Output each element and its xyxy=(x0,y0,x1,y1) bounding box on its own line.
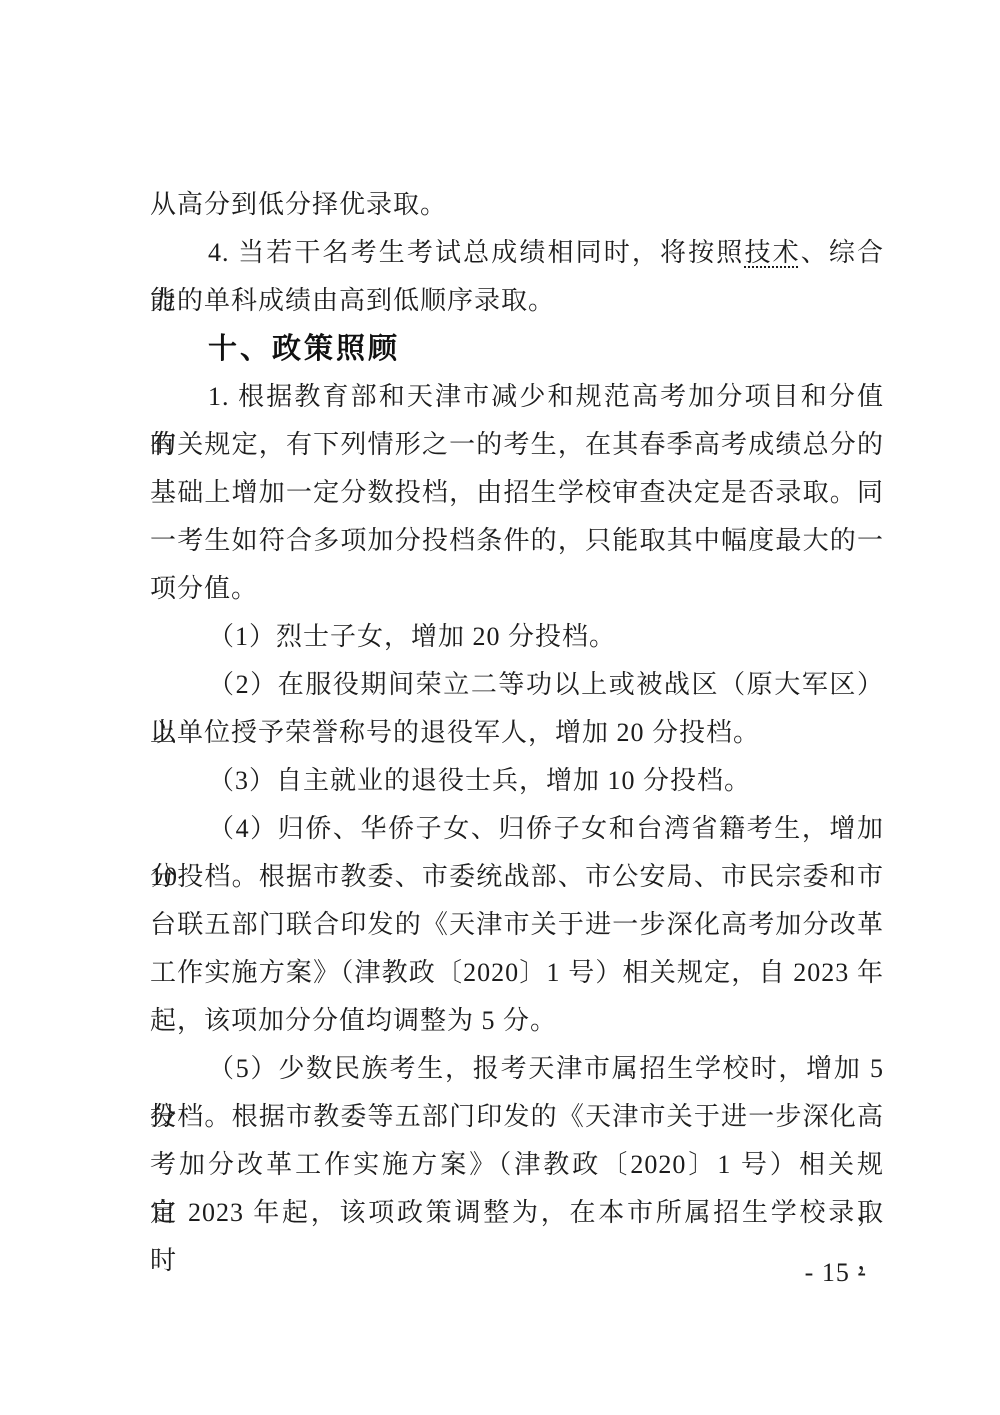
text-line: 一考生如符合多项加分投档条件的，只能取其中幅度最大的一 xyxy=(150,517,884,565)
text-line: 上单位授予荣誉称号的退役军人，增加 20 分投档。 xyxy=(150,709,884,757)
text-line: 基础上增加一定分数投档，由招生学校审查决定是否录取。同 xyxy=(150,469,884,517)
text-line: 台联五部门联合印发的《天津市关于进一步深化高考加分改革 xyxy=(150,901,884,949)
text-line: 自 2023 年起，该项政策调整为，在本市所属招生学校录取时， xyxy=(150,1189,884,1237)
text-line: （4）归侨、华侨子女、归侨子女和台湾省籍考生，增加 10 xyxy=(150,805,884,853)
section-heading: 十、政策照顾 xyxy=(150,325,884,373)
text-line: （3）自主就业的退役士兵，增加 10 分投档。 xyxy=(150,757,884,805)
text-line: 力的单科成绩由高到低顺序录取。 xyxy=(150,277,884,325)
document-page: 从高分到低分择优录取。 4. 当若干名考生考试总成绩相同时，将按照技术、综合能 … xyxy=(0,0,1000,1415)
text-line: 项分值。 xyxy=(150,565,884,613)
text-line: 1. 根据教育部和天津市减少和规范高考加分项目和分值的 xyxy=(150,373,884,421)
text-line: 分投档。根据市教委、市委统战部、市公安局、市民宗委和市 xyxy=(150,853,884,901)
text-line: 投档。根据市教委等五部门印发的《天津市关于进一步深化高 xyxy=(150,1093,884,1141)
text-line: 起，该项加分分值均调整为 5 分。 xyxy=(150,997,884,1045)
text-segment: 4. 当若干名考生考试总成绩相同时，将按照 xyxy=(208,238,744,267)
text-line: （2）在服役期间荣立二等功以上或被战区（原大军区）以 xyxy=(150,661,884,709)
text-line: 从高分到低分择优录取。 xyxy=(150,181,884,229)
document-body: 从高分到低分择优录取。 4. 当若干名考生考试总成绩相同时，将按照技术、综合能 … xyxy=(150,181,884,1237)
text-line: （1）烈士子女，增加 20 分投档。 xyxy=(150,613,884,661)
text-line: 4. 当若干名考生考试总成绩相同时，将按照技术、综合能 xyxy=(150,229,884,277)
text-line: （5）少数民族考生，报考天津市属招生学校时，增加 5 分 xyxy=(150,1045,884,1093)
underlined-term: 技术 xyxy=(744,238,800,267)
text-line: 考加分改革工作实施方案》（津教政〔2020〕1 号）相关规定， xyxy=(150,1141,884,1189)
text-line: 工作实施方案》（津教政〔2020〕1 号）相关规定，自 2023 年 xyxy=(150,949,884,997)
text-line: 有关规定，有下列情形之一的考生，在其春季高考成绩总分的 xyxy=(150,421,884,469)
page-number: - 15 - xyxy=(805,1256,867,1290)
